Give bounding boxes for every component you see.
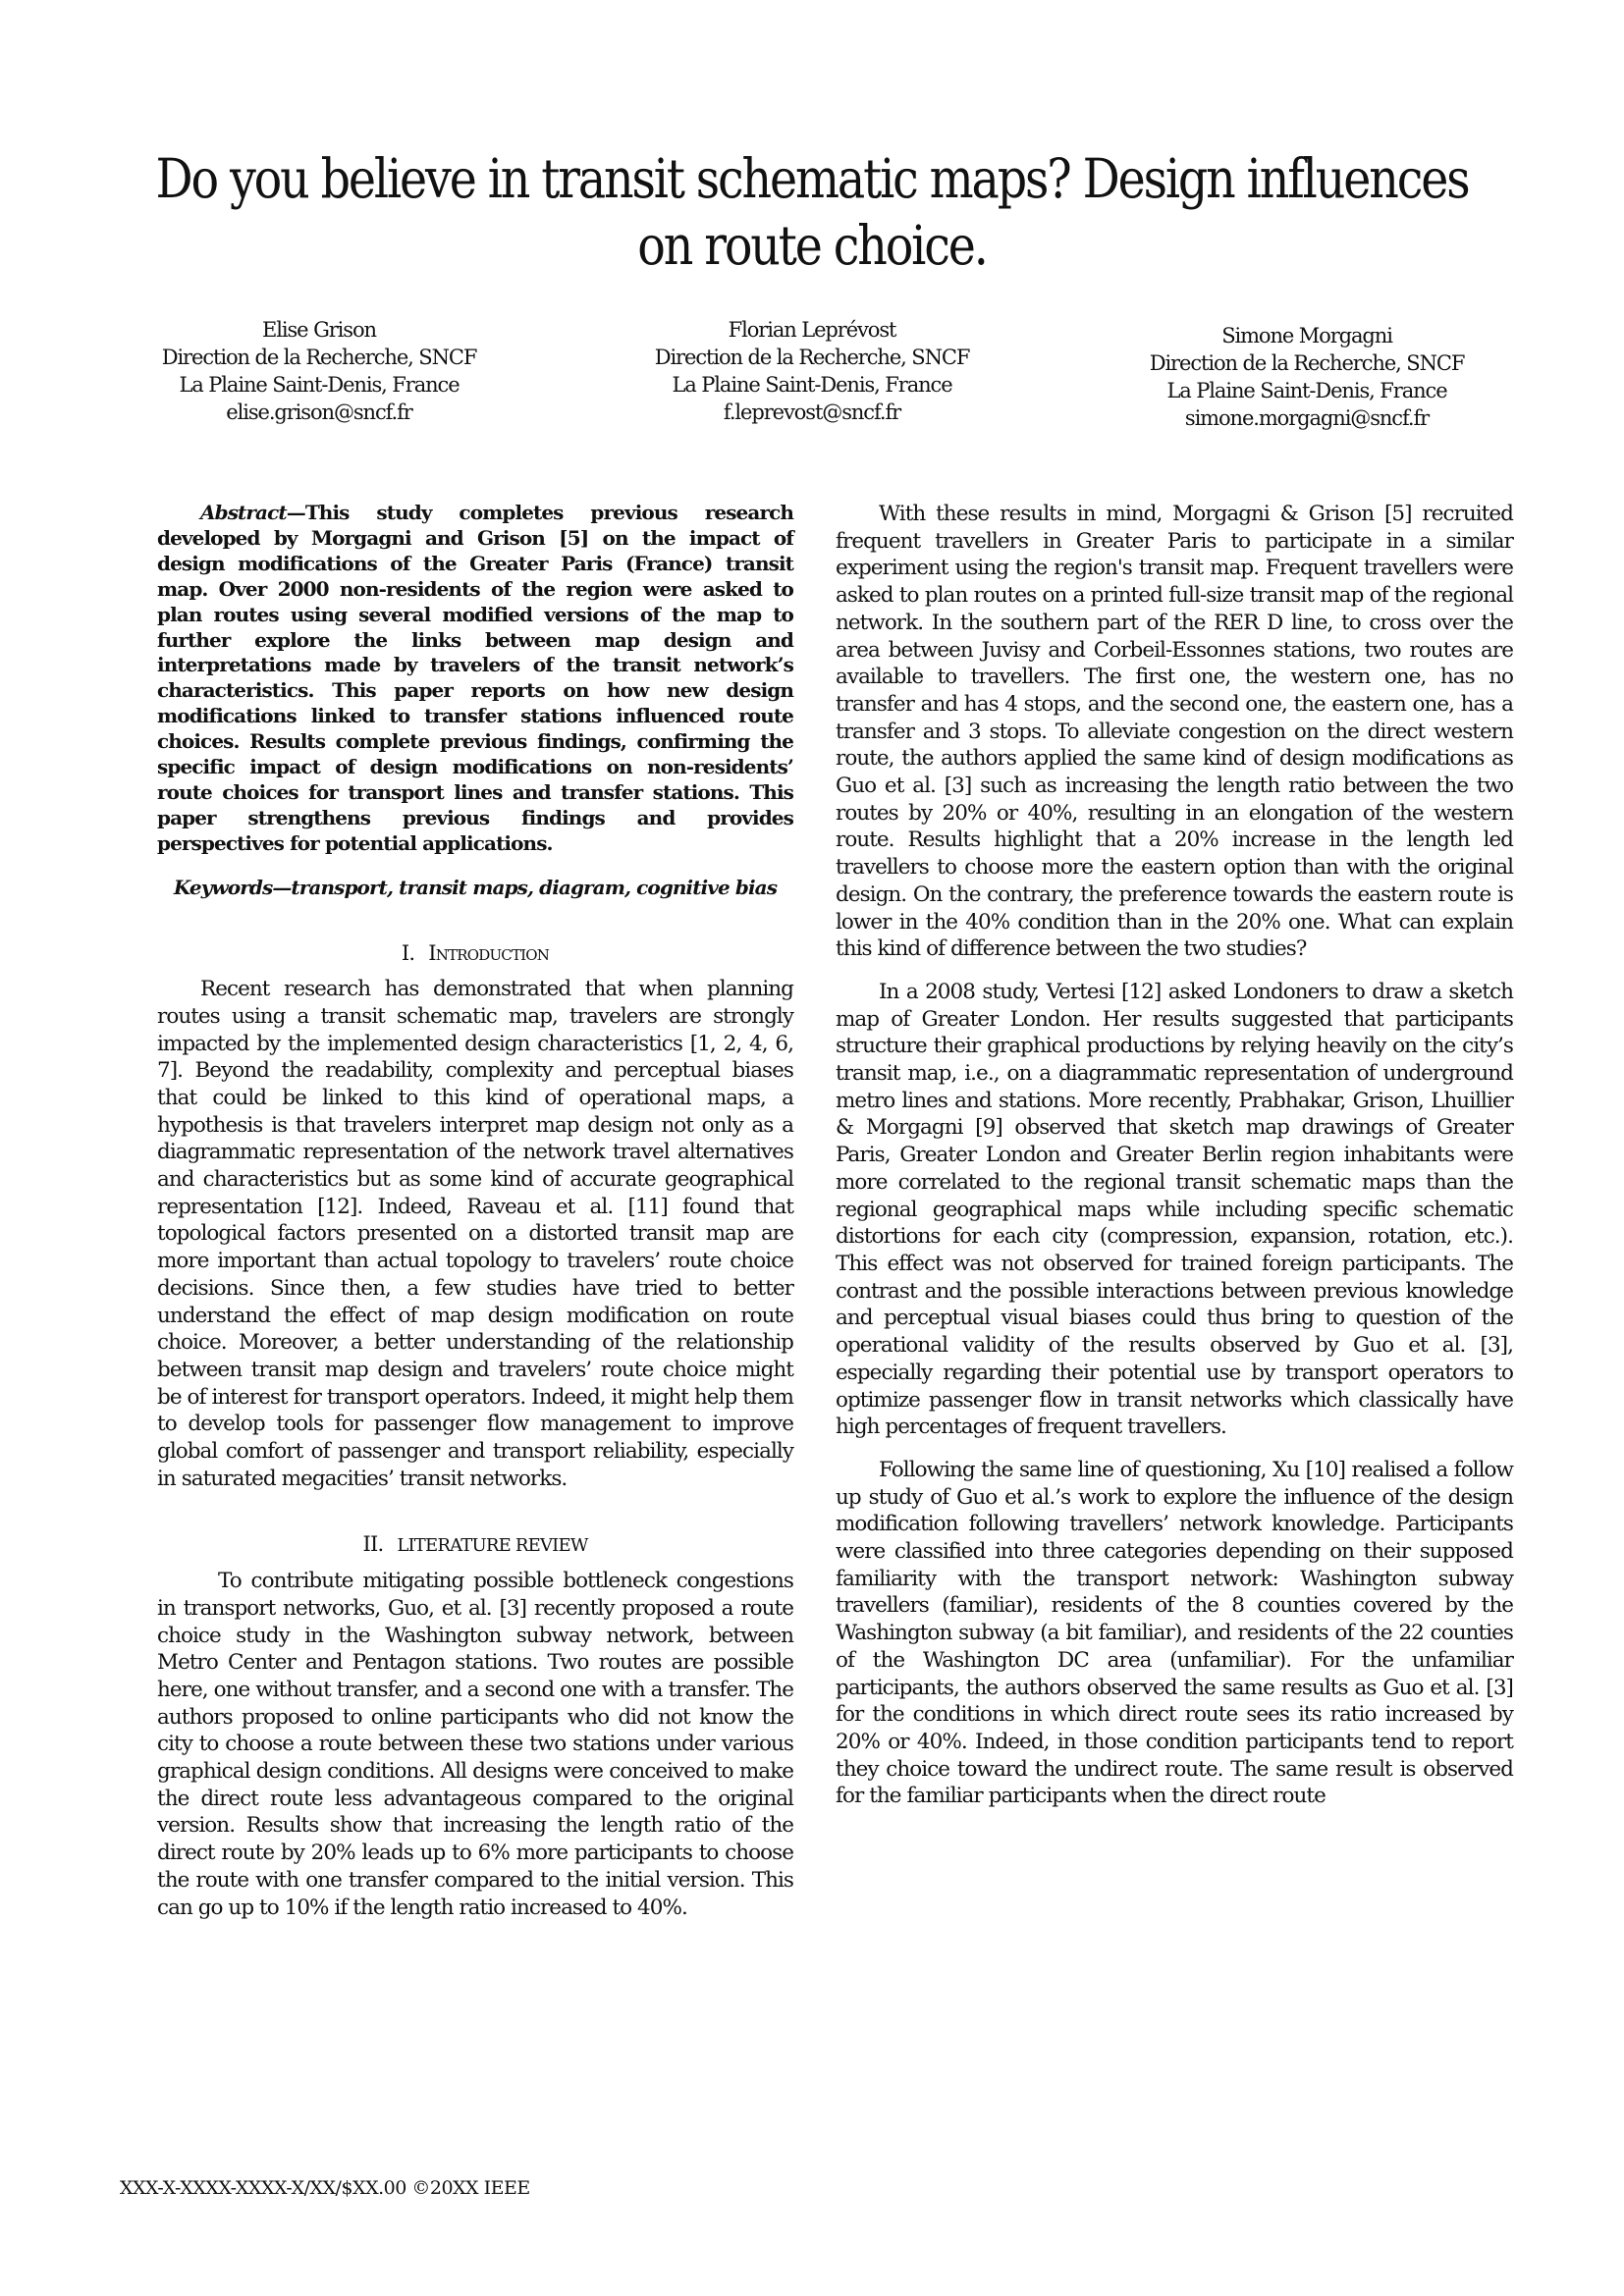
author-email[interactable]: simone.morgagni@sncf.fr — [1101, 404, 1513, 432]
abstract-label: Abstract — [200, 501, 287, 524]
section-number: I. — [402, 941, 414, 965]
author-location: La Plaine Saint-Denis, France — [113, 371, 525, 399]
abstract-dash: — — [287, 501, 305, 524]
section-title: LITERATURE REVIEW — [397, 1535, 587, 1556]
section-title: Introduction — [428, 941, 549, 965]
right-column: With these results in mind, Morgagni & G… — [836, 501, 1513, 1810]
author-3: Simone Morgagni Direction de la Recherch… — [1101, 322, 1513, 432]
author-name: Simone Morgagni — [1101, 322, 1513, 349]
literature-paragraph-4: Following the same line of questioning, … — [836, 1457, 1513, 1810]
author-name: Elise Grison — [113, 316, 525, 344]
copyright-footer: XXX-X-XXXX-XXXX-X/XX/$XX.00 ©20XX IEEE — [120, 2177, 530, 2199]
author-affiliation: Direction de la Recherche, SNCF — [1101, 349, 1513, 377]
section-heading-introduction: I.Introduction — [157, 940, 793, 968]
keywords: Keywords—transport, transit maps, diagra… — [157, 875, 793, 902]
author-affiliation: Direction de la Recherche, SNCF — [606, 344, 1018, 371]
intro-paragraph: Recent research has demonstrated that wh… — [157, 976, 793, 1492]
literature-paragraph-3: In a 2008 study, Vertesi [12] asked Lond… — [836, 979, 1513, 1441]
author-email[interactable]: f.leprevost@sncf.fr — [606, 399, 1018, 426]
literature-paragraph-2: With these results in mind, Morgagni & G… — [836, 501, 1513, 963]
author-affiliation: Direction de la Recherche, SNCF — [113, 344, 525, 371]
literature-paragraph-1: To contribute mitigating possible bottle… — [157, 1568, 793, 1921]
author-2: Florian Leprévost Direction de la Recher… — [606, 316, 1018, 426]
author-location: La Plaine Saint-Denis, France — [1101, 377, 1513, 404]
author-1: Elise Grison Direction de la Recherche, … — [113, 316, 525, 426]
author-email[interactable]: elise.grison@sncf.fr — [113, 399, 525, 426]
author-location: La Plaine Saint-Denis, France — [606, 371, 1018, 399]
abstract-text: This study completes previous research d… — [157, 501, 793, 855]
abstract: Abstract—This study completes previous r… — [157, 501, 793, 857]
section-number: II. — [362, 1532, 383, 1556]
paper-title: Do you believe in transit schematic maps… — [127, 145, 1497, 279]
section-heading-literature-review: II.LITERATURE REVIEW — [157, 1531, 793, 1560]
left-column: Abstract—This study completes previous r… — [157, 501, 793, 1921]
author-name: Florian Leprévost — [606, 316, 1018, 344]
